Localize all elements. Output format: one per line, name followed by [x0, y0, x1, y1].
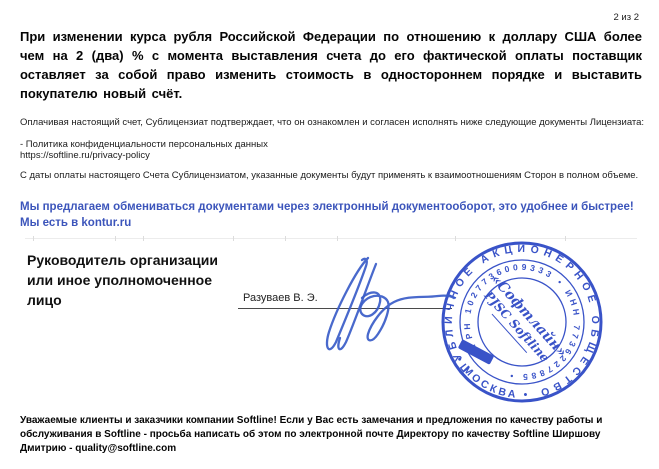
- edo-offer-line2: Мы есть в kontur.ru: [20, 216, 652, 232]
- edo-offer-line1: Мы предлагаем обмениваться документами ч…: [20, 200, 652, 216]
- page-number: 2 из 2: [613, 12, 639, 23]
- signer-role-label: Руководитель организации или иное уполно…: [27, 250, 245, 310]
- currency-change-clause: При изменении курса рубля Российской Фед…: [20, 27, 642, 103]
- payment-confirmation-note: Оплачивая настоящий счет, Сублицензиат п…: [20, 117, 644, 128]
- quality-feedback-note: Уважаемые клиенты и заказчики компании S…: [20, 414, 645, 456]
- edo-offer: Мы предлагаем обмениваться документами ч…: [20, 200, 652, 231]
- privacy-policy-item: - Политика конфиденциальности персональн…: [20, 139, 268, 150]
- privacy-policy-link[interactable]: https://softline.ru/privacy-policy: [20, 150, 150, 161]
- company-stamp: ПУБЛИЧНОЕ АКЦИОНЕРНОЕ ОБЩЕСТВО • МОСКВА …: [436, 236, 608, 408]
- handwritten-signature: [296, 250, 458, 365]
- document-page: 2 из 2 При изменении курса рубля Российс…: [0, 0, 659, 469]
- documents-apply-note: С даты оплаты настоящего Счета Сублиценз…: [20, 170, 638, 181]
